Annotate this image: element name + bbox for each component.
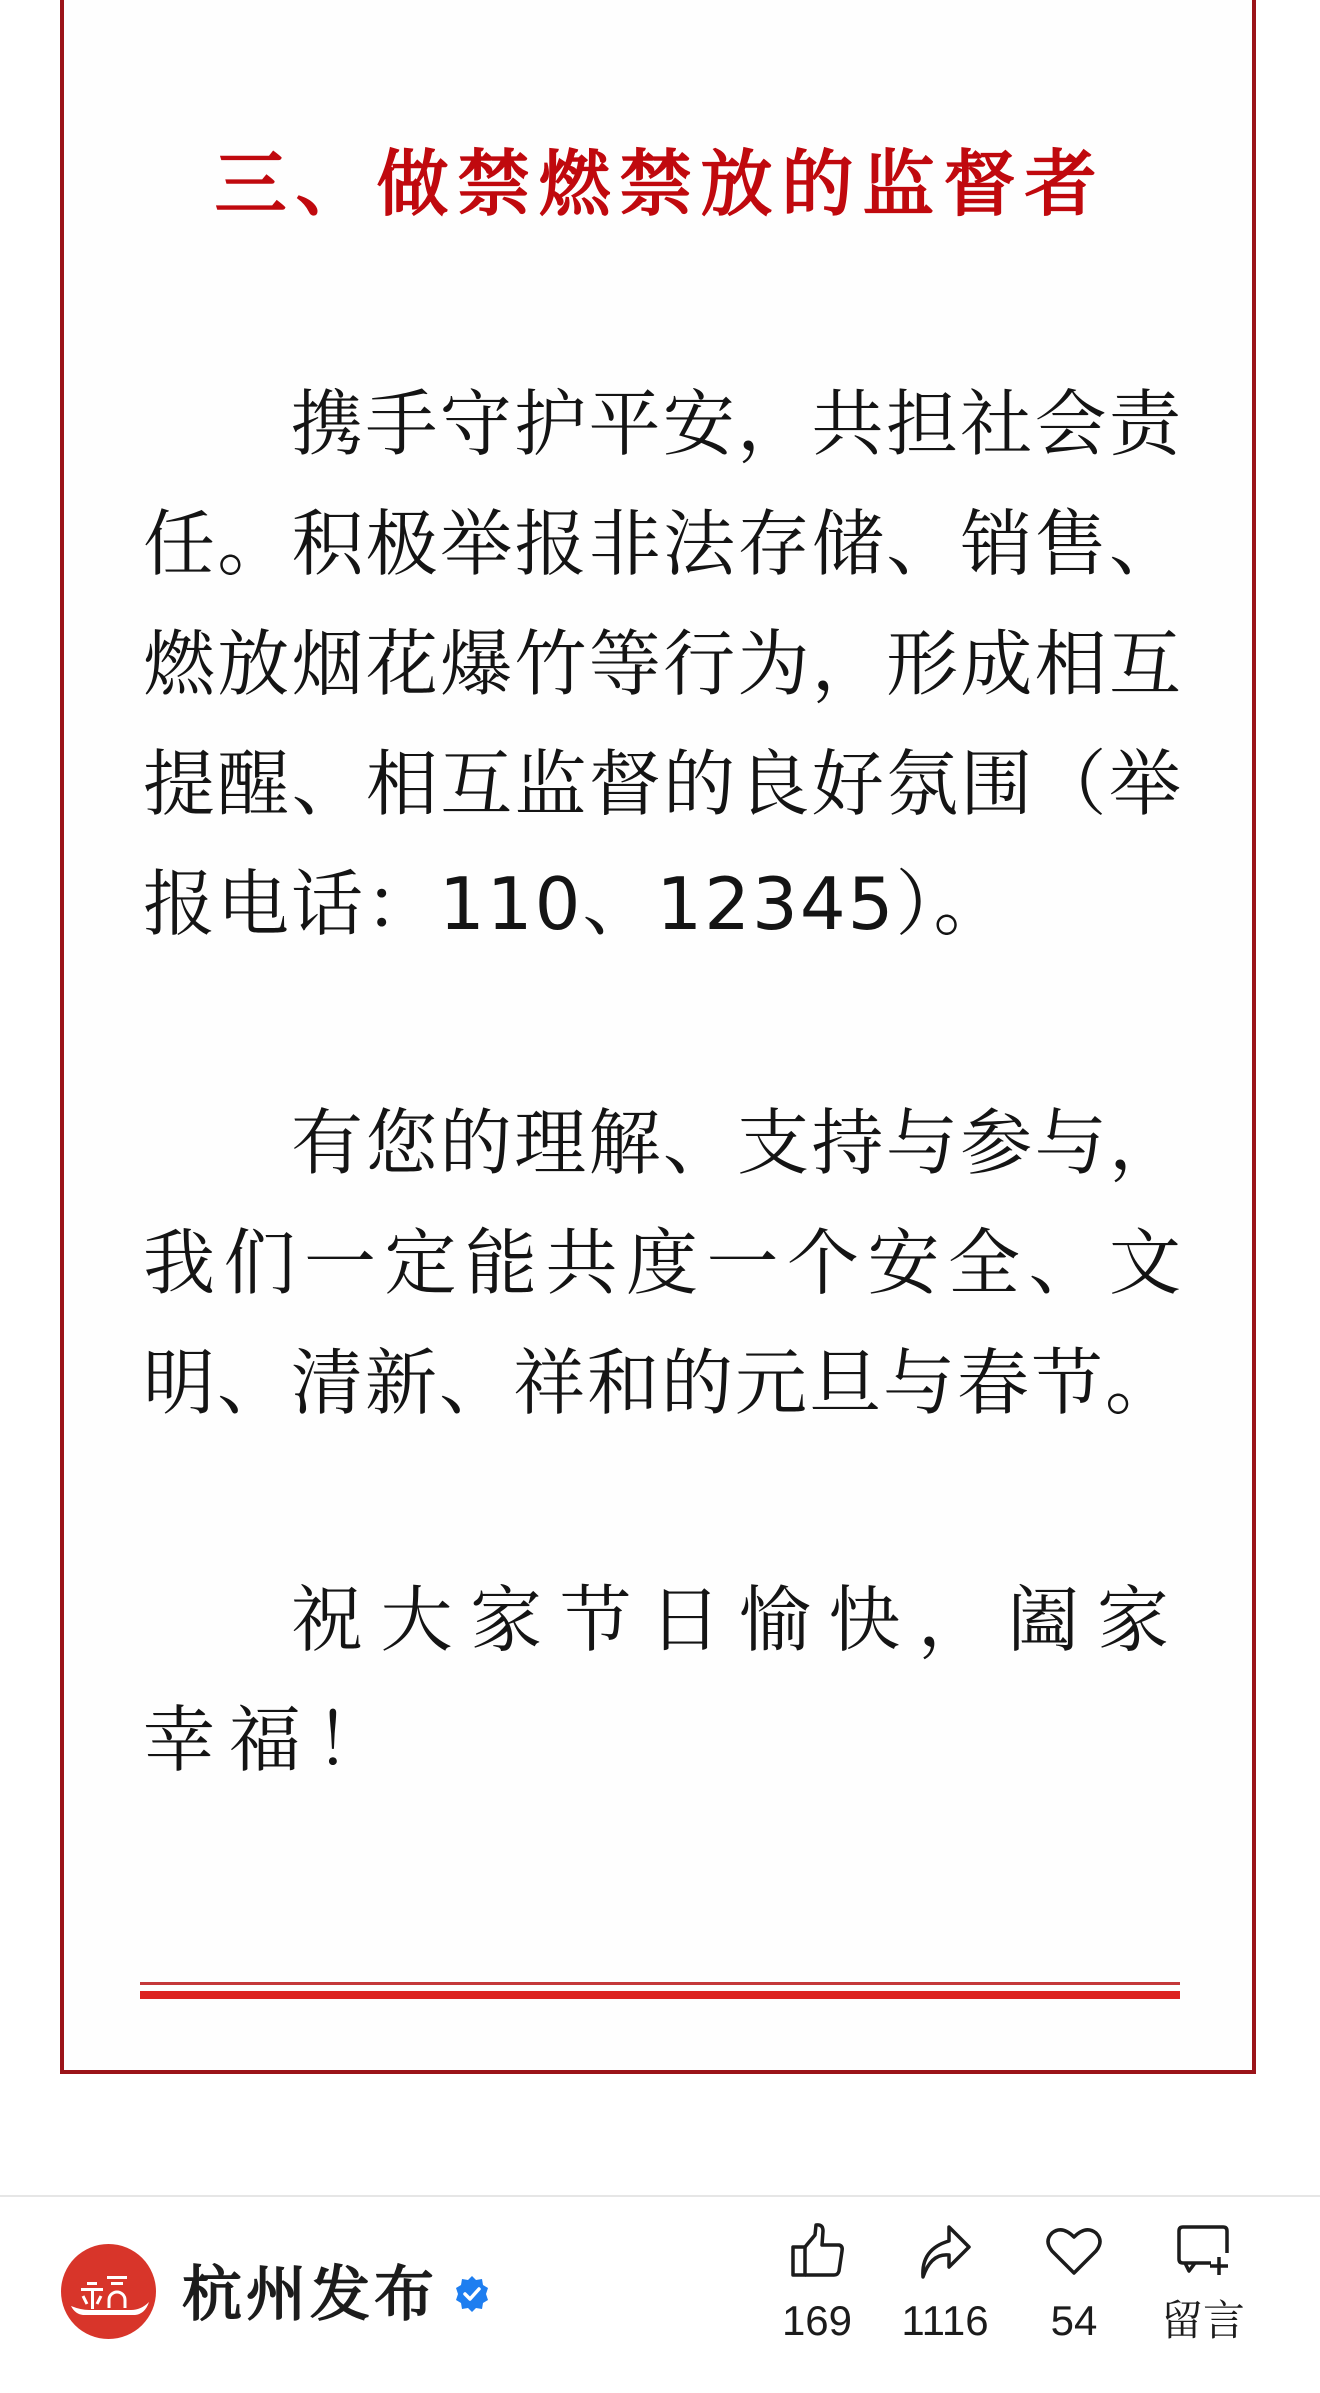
share-button[interactable]: 1116: [885, 2219, 1005, 2369]
comment-add-icon: [1171, 2219, 1235, 2283]
divider-thick-rule: [140, 1991, 1180, 1999]
section-title: 三、做禁燃禁放的监督者: [0, 136, 1320, 232]
account-name[interactable]: 杭州发布: [182, 2257, 438, 2333]
footer-bar: 杭州发布 169 1116 54 留言: [0, 2197, 1320, 2393]
comment-label: 留言: [1143, 2295, 1263, 2347]
share-count: 1116: [885, 2295, 1005, 2347]
comment-button[interactable]: 留言: [1143, 2219, 1263, 2369]
thumbs-up-icon: [785, 2219, 849, 2283]
verified-badge-icon: [453, 2275, 491, 2313]
like-button[interactable]: 169: [757, 2219, 877, 2369]
like-count: 169: [757, 2295, 877, 2347]
divider-thin-rule: [140, 1982, 1180, 1985]
favorite-button[interactable]: 54: [1014, 2219, 1134, 2369]
heart-icon: [1042, 2219, 1106, 2283]
share-arrow-icon: [913, 2219, 977, 2283]
favorite-count: 54: [1014, 2295, 1134, 2347]
paragraph-greeting: 祝大家节日愉快，阖家幸福！: [143, 1560, 1183, 1800]
paragraph-support: 有您的理解、支持与参与，我们一定能共度一个安全、文明、清新、祥和的元旦与春节。: [143, 1083, 1183, 1443]
hangzhou-logo-icon: [61, 2244, 156, 2339]
account-avatar[interactable]: [61, 2244, 156, 2339]
paragraph-report: 携手守护平安，共担社会责任。积极举报非法存储、销售、燃放烟花爆竹等行为，形成相互…: [143, 364, 1183, 964]
